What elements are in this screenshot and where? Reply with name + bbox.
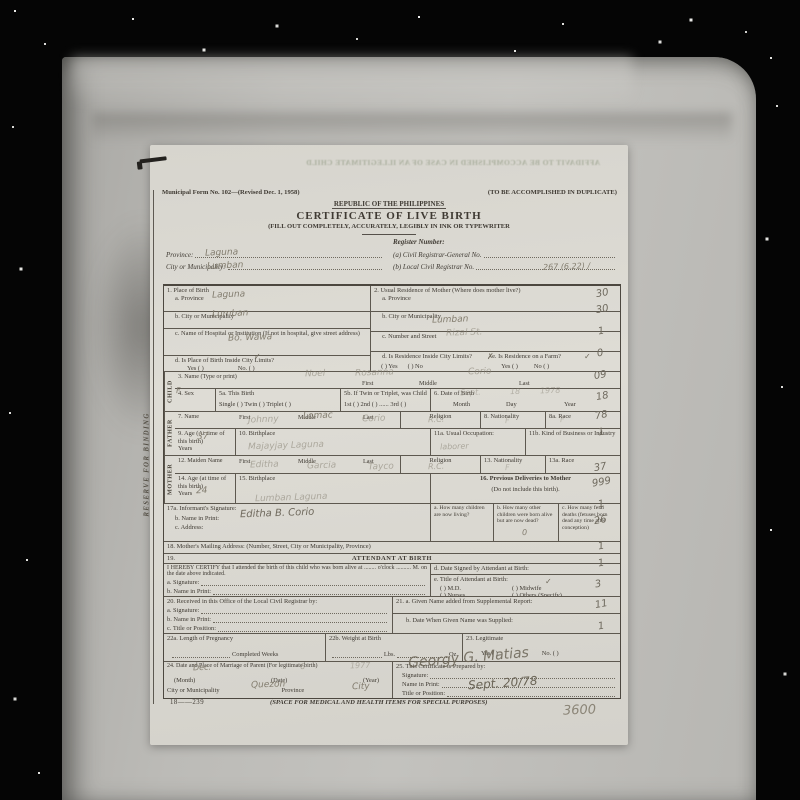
s5b-options: 1st ( ) 2nd ( ) ...... 3rd ( ) xyxy=(344,401,427,409)
margin-note: 78 xyxy=(594,409,608,422)
hw-s1c-hospital: Bo. Wawa xyxy=(228,332,273,344)
hw-mother-last: Tayco xyxy=(368,462,394,473)
hw-marriage-city: Quezon xyxy=(251,679,286,690)
province-label: Province: xyxy=(166,251,193,259)
s1d-label: d. Is Place of Birth Inside City Limits? xyxy=(175,357,367,365)
s19b-label: b. Name in Print: xyxy=(167,588,211,596)
hw-s1a-province: Laguna xyxy=(212,289,246,300)
s2e-no-option: No ( ) xyxy=(534,363,549,371)
s19a-label: a. Signature: xyxy=(167,579,199,587)
form-code: 18——239 xyxy=(170,699,204,707)
hw-dob-day: 18 xyxy=(510,387,520,396)
hw-s1d-no-check: ✓ xyxy=(254,352,261,361)
s21a-label: 21. a. Given Name added from Supplementa… xyxy=(393,597,620,614)
hw-child-middle: Rosanna xyxy=(355,367,394,378)
s20c-label: c. Title or Position: xyxy=(167,625,216,633)
s2-title: 2. Usual Residence of Mother (Where does… xyxy=(374,287,617,295)
hw-mother-religion: R.C. xyxy=(428,462,445,472)
hw-father-last: Corio xyxy=(362,414,386,425)
dotted-leader xyxy=(332,650,382,658)
hw-marriage-province: City xyxy=(352,682,370,693)
hw-dob-year: 1978 xyxy=(540,386,561,396)
film-specks xyxy=(14,10,16,12)
md-option: ( ) M.D. xyxy=(440,585,512,593)
s7-title: 7. Name xyxy=(178,413,199,420)
binding-rule-line xyxy=(153,190,154,704)
local-civil-registrar-label: (b) Local Civil Registrar No. xyxy=(393,263,474,271)
hw-code-3600: 3600 xyxy=(563,702,597,718)
hw-father-race: F xyxy=(560,415,565,424)
hw-marriage-date: 6 xyxy=(300,662,305,671)
hw-s2b-city: Lumban xyxy=(432,314,469,325)
s8-label: 8. Nationality xyxy=(481,412,546,428)
hw-registrar-no: 267 (6.22) / xyxy=(543,261,590,272)
certify-statement: I HEREBY CERTIFY that I attended the bir… xyxy=(167,565,427,578)
s2d-no-option: ( ) No xyxy=(408,363,423,371)
dotted-leader xyxy=(201,606,387,614)
s9-years-label: Years xyxy=(178,445,232,453)
dotted-leader xyxy=(201,578,425,586)
dotted-leader xyxy=(228,262,383,270)
civil-registrar-general-label: (a) Civil Registrar-General No. xyxy=(393,251,482,259)
s17c-label: c. Address: xyxy=(175,524,427,532)
hw-father-religion: R.C. xyxy=(428,415,445,425)
col-first: First xyxy=(362,380,373,387)
s22b-label: 22b. Weight at Birth xyxy=(329,635,459,643)
republic-heading: REPUBLIC OF THE PHILIPPINES xyxy=(332,200,446,209)
margin-note: 37 xyxy=(593,461,607,474)
col-first: First xyxy=(239,458,250,465)
s23-label: 23. Legitimate xyxy=(466,635,617,643)
hw-city: Lumban xyxy=(207,260,244,271)
lbs-label: Lbs. xyxy=(384,651,395,659)
dotted-leader xyxy=(218,624,387,632)
reserve-for-binding-label: RESERVE FOR BINDING xyxy=(144,405,151,525)
s16-subtitle: (Do not include this birth). xyxy=(434,486,617,494)
s2c-label: c. Number and Street xyxy=(382,333,617,341)
s5b-label: 5b. If Twin or Triplet, was Child xyxy=(344,390,427,398)
s1a-label: a. Province xyxy=(175,295,367,303)
s25-signature-label: Signature: xyxy=(402,672,428,680)
hw-mother-nationality: F xyxy=(505,463,510,472)
hw-dob-month: Sept. xyxy=(460,388,481,398)
hw-mother-first: Editha xyxy=(250,460,279,471)
s11b-label: 11b. Kind of Business or Industry xyxy=(526,429,620,455)
birth-certificate-form: Municipal Form No. 102—(Revised Dec. 1, … xyxy=(150,145,628,745)
s1b-label: b. City or Municipality xyxy=(175,313,367,321)
s24-city-label: City or Municipality xyxy=(167,687,220,695)
band-child: CHILD xyxy=(164,372,175,411)
band-father: FATHER xyxy=(164,412,175,455)
s22a-label: 22a. Length of Pregnancy xyxy=(167,635,322,643)
hw-marriage-month: Dec. xyxy=(193,663,211,673)
s8a-label: 8a. Race xyxy=(546,412,620,428)
s21b-label: b. Date When Given Name was Supplied: xyxy=(406,617,617,625)
s20a-label: a. Signature: xyxy=(167,607,199,615)
margin-note: 30 xyxy=(595,287,609,300)
dotted-leader xyxy=(213,587,425,595)
duplicate-note: (TO BE ACCOMPLISHED IN DUPLICATE) xyxy=(488,189,617,197)
s2d-label: d. Is Residence Inside City Limits? xyxy=(382,353,487,361)
medical-space-note: (SPACE FOR MEDICAL AND HEALTH ITEMS FOR … xyxy=(270,699,487,707)
nurses-option: ( ) Nurses xyxy=(440,592,512,596)
form-table: 1. Place of Birth a. Province b. City or… xyxy=(163,284,621,699)
dotted-leader xyxy=(213,615,387,623)
s5a-options: Single ( ) Twin ( ) Triplet ( ) xyxy=(219,401,337,409)
s20-title: 20. Received in this Office of the Local… xyxy=(167,598,389,606)
margin-note: 11 xyxy=(594,598,608,611)
header-rule xyxy=(362,234,416,235)
hw-father-first: Johnny xyxy=(248,414,279,425)
s16c-label: c. How many fetal deaths (fetuses born d… xyxy=(559,504,620,541)
midwife-option: ( ) Midwife xyxy=(512,585,541,593)
light-top-edge xyxy=(72,57,632,105)
col-last: Last xyxy=(519,380,530,387)
completed-weeks-label: Completed Weeks xyxy=(232,651,278,659)
hw-marriage-year: 1977 xyxy=(350,661,371,671)
certificate-title: CERTIFICATE OF LIVE BIRTH xyxy=(150,210,628,223)
hw-mother-middle: Garcia xyxy=(307,460,336,471)
s12-title: 12. Maiden Name xyxy=(178,457,223,464)
col-year: Year xyxy=(564,401,576,409)
s5a-label: 5a. This Birth xyxy=(219,390,337,398)
s1d-yes-option: Yes ( ) xyxy=(187,365,204,371)
hw-child-first: Noel xyxy=(305,369,326,380)
others-option: ( ) Others (Specify) xyxy=(512,592,562,596)
form-number: Municipal Form No. 102—(Revised Dec. 1, … xyxy=(162,189,300,197)
attendant-heading: ATTENDANT AT BIRTH xyxy=(164,555,620,563)
s16a-label: a. How many children are now living? xyxy=(431,504,494,541)
hw-s2e-no-check: ✓ xyxy=(584,352,591,361)
hw-prev-dead: 0 xyxy=(522,528,527,537)
month-col-label: (Month) xyxy=(174,677,195,685)
register-number-label: Register Number: xyxy=(393,238,445,246)
s25-title-label: Title or Position: xyxy=(402,690,445,698)
certificate-subtitle: (FILL OUT COMPLETELY, ACCURATELY, LEGIBL… xyxy=(150,223,628,231)
col-middle: Middle xyxy=(419,380,437,387)
col-month: Month xyxy=(453,401,470,409)
band-mother: MOTHER xyxy=(164,456,175,503)
s13a-label: 13a. Race xyxy=(546,456,620,473)
margin-note: 26 xyxy=(593,514,607,527)
hw-sex: F xyxy=(176,386,181,395)
hw-s2d-no-check: ✗ xyxy=(487,352,494,361)
punch-hole xyxy=(449,161,460,172)
s2b-label: b. City or Municipality xyxy=(382,313,617,321)
dotted-leader xyxy=(484,250,615,258)
hw-s1b-city: Lumban xyxy=(212,308,249,319)
hw-child-last: Corio xyxy=(468,367,492,378)
s19d-label: d. Date Signed by Attendant at Birth: xyxy=(431,564,620,575)
s13-label: 13. Nationality xyxy=(481,456,546,473)
s16-title: 16. Previous Deliveries to Mother xyxy=(434,475,617,483)
s25-name-label: Name in Print: xyxy=(402,681,440,689)
s18-label: 18. Mother's Mailing Address: (Number, S… xyxy=(164,542,620,553)
hw-mother-age: 24 xyxy=(196,486,208,496)
s2a-label: a. Province xyxy=(382,295,617,303)
punch-hole xyxy=(295,157,306,168)
shadow-band xyxy=(92,113,732,143)
dotted-leader xyxy=(172,650,230,658)
hw-father-middle: Lomac xyxy=(303,410,333,421)
margin-note: 30 xyxy=(595,303,609,316)
scanned-photo-background: AFFIDAVIT TO BE ACCOMPLISHED IN CASE OF … xyxy=(0,0,800,800)
s20b-label: b. Name in Print: xyxy=(167,616,211,624)
hw-province: Laguna xyxy=(205,247,239,258)
hw-father-nationality: F xyxy=(505,416,510,425)
hw-midwife-check: ✓ xyxy=(545,577,552,586)
s1d-no-option: No. ( ) xyxy=(238,365,255,371)
s19e-label: e. Title of Attendant at Birth: xyxy=(434,576,617,584)
hw-father-age: 37 xyxy=(197,432,209,442)
s2e-yes-option: Yes ( ) xyxy=(501,363,518,371)
hw-s2c-street: Rizal St. xyxy=(446,327,483,338)
s23-no-option: No. ( ) xyxy=(542,650,559,658)
hw-father-occupation: laborer xyxy=(440,442,469,452)
s3-title: 3. Name (Type or print) xyxy=(178,373,237,380)
margin-note: 09 xyxy=(593,369,607,382)
col-day: Day xyxy=(506,401,517,409)
s1-title: 1. Place of Birth xyxy=(167,287,367,295)
margin-note: 18 xyxy=(595,390,609,403)
